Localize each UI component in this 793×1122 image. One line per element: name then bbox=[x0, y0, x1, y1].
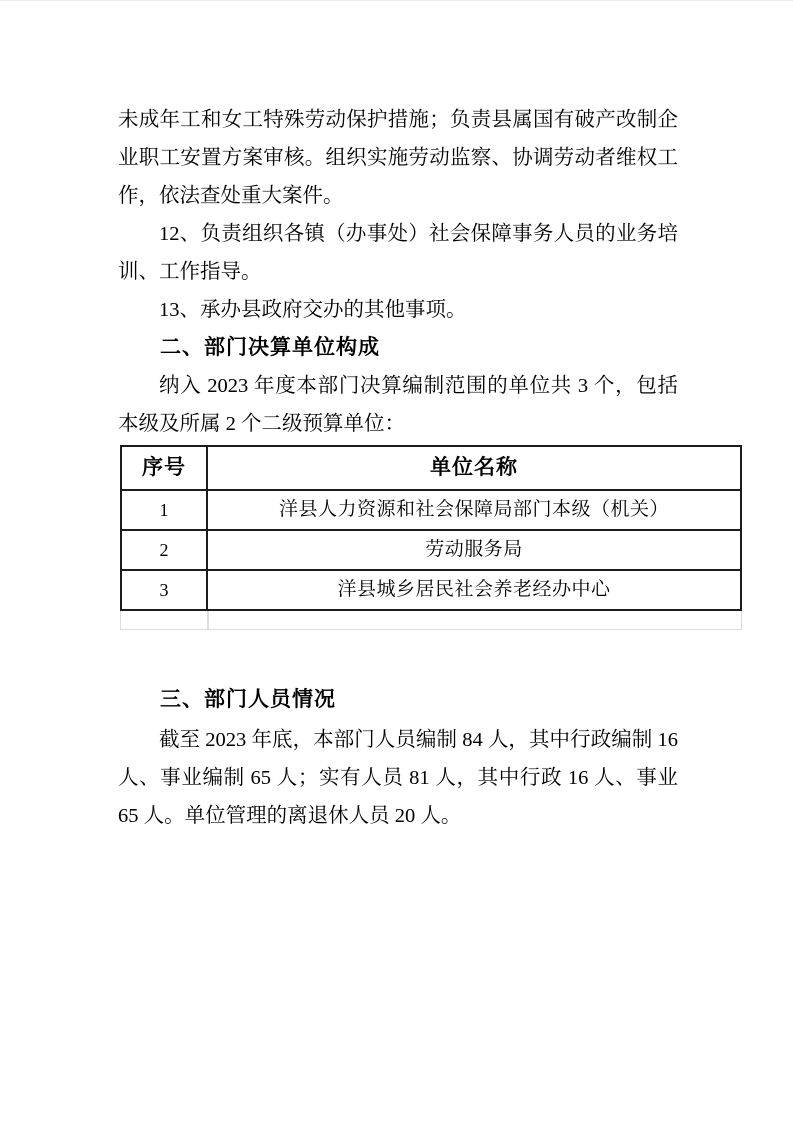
empty-name-cell bbox=[208, 611, 742, 630]
table-row: 3 洋县城乡居民社会养老经办中心 bbox=[121, 570, 741, 610]
section-2-heading: 二、部门决算单位构成 bbox=[118, 329, 678, 367]
paragraph-item-13: 13、承办县政府交办的其他事项。 bbox=[118, 291, 678, 329]
empty-table-row bbox=[120, 611, 742, 630]
row-1-serial: 1 bbox=[121, 490, 207, 530]
section-3-heading: 三、部门人员情况 bbox=[118, 681, 678, 719]
table-row: 2 劳动服务局 bbox=[121, 530, 741, 570]
document-content: 未成年工和女工特殊劳动保护措施；负责县属国有破产改制企业职工安置方案审核。组织实… bbox=[118, 101, 678, 835]
paragraph-continuation: 未成年工和女工特殊劳动保护措施；负责县属国有破产改制企业职工安置方案审核。组织实… bbox=[118, 101, 678, 215]
row-2-unit-name: 劳动服务局 bbox=[207, 530, 741, 570]
row-3-serial: 3 bbox=[121, 570, 207, 610]
section-3-body: 截至 2023 年底，本部门人员编制 84 人，其中行政编制 16 人、事业编制… bbox=[118, 721, 678, 835]
table-header-row: 序号 单位名称 bbox=[121, 446, 741, 490]
table-header-serial-number: 序号 bbox=[121, 446, 207, 490]
paragraph-item-12: 12、负责组织各镇（办事处）社会保障事务人员的业务培训、工作指导。 bbox=[118, 215, 678, 291]
document-page: 未成年工和女工特殊劳动保护措施；负责县属国有破产改制企业职工安置方案审核。组织实… bbox=[0, 0, 793, 1122]
row-2-serial: 2 bbox=[121, 530, 207, 570]
budget-units-table: 序号 单位名称 1 洋县人力资源和社会保障局部门本级（机关） 2 劳动服务局 3… bbox=[120, 445, 742, 611]
table-row: 1 洋县人力资源和社会保障局部门本级（机关） bbox=[121, 490, 741, 530]
empty-serial-cell bbox=[120, 611, 208, 630]
row-3-unit-name: 洋县城乡居民社会养老经办中心 bbox=[207, 570, 741, 610]
section-2-intro: 纳入 2023 年度本部门决算编制范围的单位共 3 个，包括本级及所属 2 个二… bbox=[118, 367, 678, 443]
table-header-unit-name: 单位名称 bbox=[207, 446, 741, 490]
row-1-unit-name: 洋县人力资源和社会保障局部门本级（机关） bbox=[207, 490, 741, 530]
